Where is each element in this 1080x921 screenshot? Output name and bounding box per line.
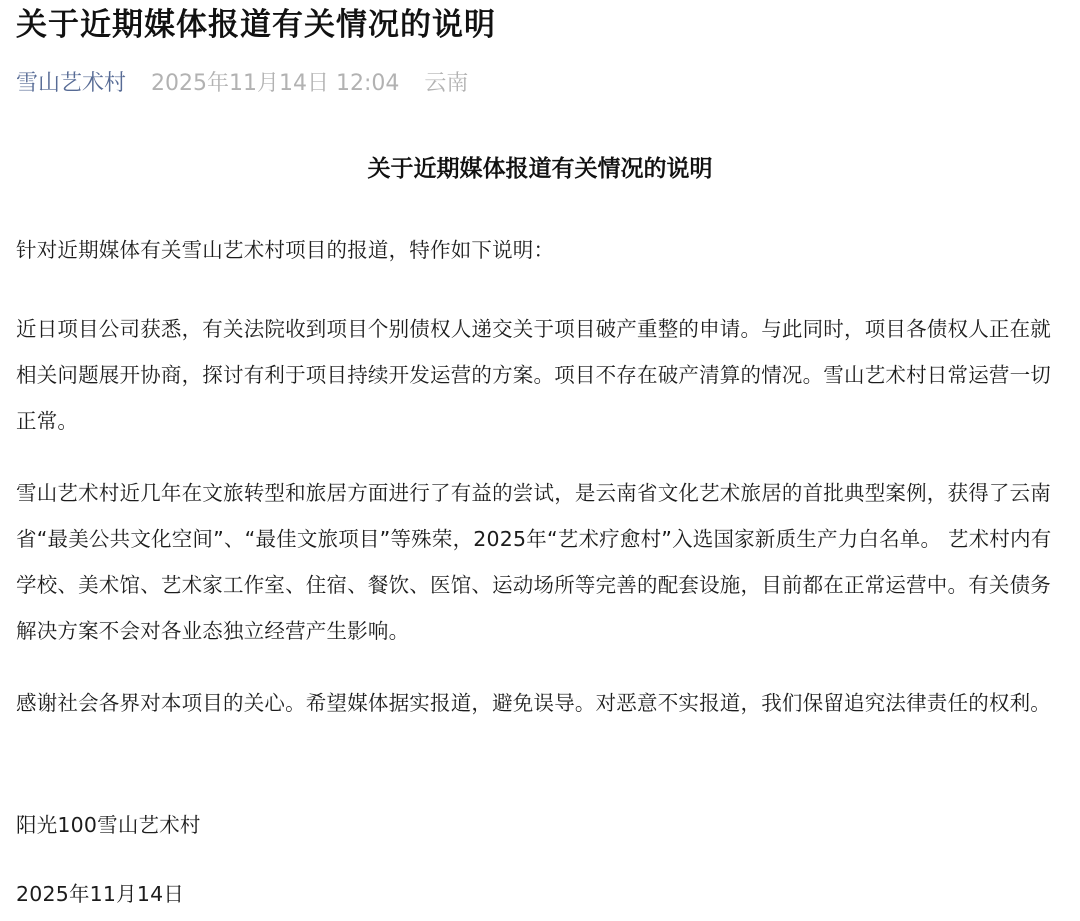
paragraph-intro: 针对近期媒体有关雪山艺术村项目的报道，特作如下说明： [16,227,1066,273]
publish-location: 云南 [424,71,468,96]
publish-datetime: 2025年11月14日 12:04 [151,71,399,96]
paragraph-bankruptcy-status: 近日项目公司获悉，有关法院收到项目个别债权人递交关于项目破产重整的申请。与此同时… [16,306,1066,444]
statement-date: 2025年11月14日 [16,871,1066,917]
signature: 阳光100雪山艺术村 [16,802,1066,848]
paragraph-project-overview: 雪山艺术村近几年在文旅转型和旅居方面进行了有益的尝试，是云南省文化艺术旅居的首批… [16,470,1066,654]
paragraph-closing: 感谢社会各界对本项目的关心。希望媒体据实报道，避免误导。对恶意不实报道，我们保留… [16,680,1066,726]
article-meta: 雪山艺术村 2025年11月14日 12:04 云南 [16,68,468,100]
article-title: 关于近期媒体报道有关情况的说明 [16,4,496,46]
article-heading: 关于近期媒体报道有关情况的说明 [0,152,1080,186]
account-name-link[interactable]: 雪山艺术村 [16,71,126,96]
